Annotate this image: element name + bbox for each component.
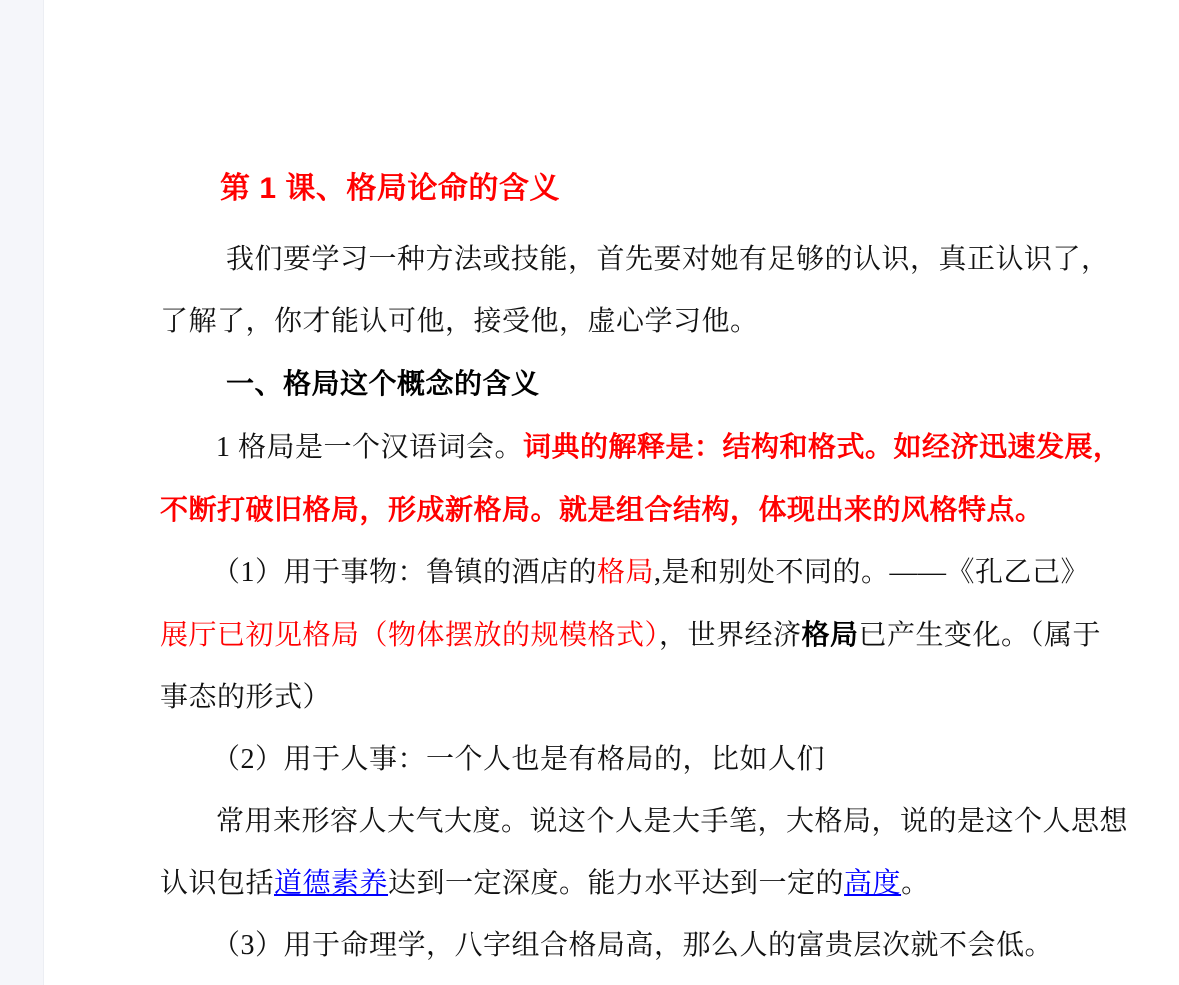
text-line: 常用来形容人大气大度。说这个人是大手笔，大格局，说的是这个人思想 xyxy=(216,791,1117,853)
text-line: 我们要学习一种方法或技能，首先要对她有足够的认识，真正认识了， xyxy=(226,229,1117,291)
document-title: 第 1 课、格局论命的含义 xyxy=(220,172,560,205)
text-line: 一、格局这个概念的含义 xyxy=(226,353,1117,416)
red-bold-text-run: 不断打破旧格局，形成新格局。就是组合结构，体现出来的风格特点。 xyxy=(160,494,1044,525)
text-run: ，世界经济 xyxy=(659,620,802,651)
red-bold-text-run: 词典的解释是：结构和格式。如经济迅速发展， xyxy=(523,431,1122,462)
text-run: 认识包括 xyxy=(160,868,274,899)
text-run: 达到一定深度。能力水平达到一定的 xyxy=(388,868,844,899)
text-run: 常用来形容人大气大度。说这个人是大手笔，大格局，说的是这个人思想 xyxy=(216,806,1128,837)
text-line: 了解了，你才能认可他，接受他，虚心学习他。 xyxy=(160,291,1117,353)
bold-text-run: 一、格局这个概念的含义 xyxy=(226,368,540,399)
text-run: （1）用于事物：鲁镇的酒店的 xyxy=(212,557,597,588)
text-run: 。 xyxy=(901,868,930,899)
text-line: （2）用于人事：一个人也是有格局的，比如人们 xyxy=(212,729,1117,791)
text-run: （3）用于命理学，八字组合格局高，那么人的富贵层次就不会低。 xyxy=(212,930,1053,961)
hyperlink[interactable]: 道德素养 xyxy=(274,868,388,899)
text-run: 1 格局是一个汉语词会。 xyxy=(216,432,523,463)
text-run: （2）用于人事：一个人也是有格局的，比如人们 xyxy=(212,744,825,775)
text-line: （3）用于命理学，八字组合格局高，那么人的富贵层次就不会低。 xyxy=(212,915,1117,977)
text-run: 事态的形式） xyxy=(160,682,331,713)
text-line: （1）用于事物：鲁镇的酒店的格局,是和别处不同的。——《孔乙己》 xyxy=(212,542,1117,604)
text-run: 我们要学习一种方法或技能，首先要对她有足够的认识，真正认识了， xyxy=(226,244,1110,275)
text-run: 了解了，你才能认可他，接受他，虚心学习他。 xyxy=(160,306,759,337)
text-line: 不断打破旧格局，形成新格局。就是组合结构，体现出来的风格特点。 xyxy=(160,479,1117,542)
text-run: 已产生变化。（属于 xyxy=(859,620,1102,651)
title-line: 第 1 课、格局论命的含义 xyxy=(220,158,1117,221)
text-line: 展厅已初见格局（物体摆放的规模格式），世界经济格局已产生变化。（属于 xyxy=(160,604,1117,667)
hyperlink[interactable]: 高度 xyxy=(844,868,901,899)
text-line: 事态的形式） xyxy=(160,667,1117,729)
document-content: 第 1 课、格局论命的含义我们要学习一种方法或技能，首先要对她有足够的认识，真正… xyxy=(0,0,1179,977)
bold-text-run: 格局 xyxy=(802,619,859,650)
text-line: 认识包括道德素养达到一定深度。能力水平达到一定的高度。 xyxy=(160,853,1117,915)
text-line: 1 格局是一个汉语词会。词典的解释是：结构和格式。如经济迅速发展， xyxy=(216,416,1117,479)
red-text-run: 展厅已初见格局（物体摆放的规模格式） xyxy=(160,620,659,651)
text-run: ,是和别处不同的。——《孔乙己》 xyxy=(654,557,1089,588)
red-text-run: 格局 xyxy=(597,557,654,588)
